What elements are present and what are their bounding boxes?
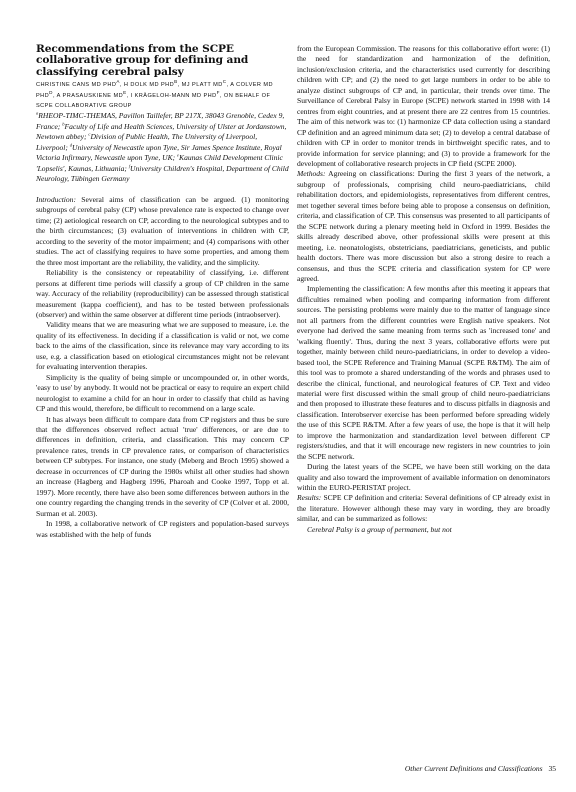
paragraph-implementing: Implementing the classification: A few m… xyxy=(297,284,550,462)
author: , MJ Platt MD xyxy=(178,82,223,88)
left-column: Recommendations from the SCPE collaborat… xyxy=(36,44,289,540)
right-column: from the European Commission. The reason… xyxy=(297,44,550,535)
page-footer: Other Current Definitions and Classifica… xyxy=(376,764,556,773)
author: , I Krägeloh-Mann MD PhD xyxy=(127,93,217,99)
running-title: Other Current Definitions and Classifica… xyxy=(405,764,543,773)
author-list: Christine Cans MD PhDa, H Dolk MD PhDb, … xyxy=(36,80,289,111)
page-number: 35 xyxy=(549,764,557,773)
paragraph-simplicity: Simplicity is the quality of being simpl… xyxy=(36,373,289,415)
author: Christine Cans MD PhD xyxy=(36,82,116,88)
paragraph-latest-years: During the latest years of the SCPE, we … xyxy=(297,462,550,493)
section-lead: Introduction: xyxy=(36,195,76,204)
paragraph-definition: Cerebral Palsy is a group of permanent, … xyxy=(297,525,550,535)
paragraph-continued: from the European Commission. The reason… xyxy=(297,44,550,169)
paragraph-comparison: It has always been difficult to compare … xyxy=(36,415,289,520)
article-title: Recommendations from the SCPE collaborat… xyxy=(36,44,289,78)
paragraph-network: In 1998, a collaborative network of CP r… xyxy=(36,519,289,540)
section-lead: Results: xyxy=(297,493,321,502)
author: , H Dolk MD PhD xyxy=(120,82,174,88)
paragraph-introduction: Introduction: Several aims of classifica… xyxy=(36,195,289,268)
section-lead: Methods: xyxy=(297,169,326,178)
document-page: Recommendations from the SCPE collaborat… xyxy=(0,0,576,792)
affiliations: aRHEOP-TIMC-THEMAS, Pavillon Taillefer, … xyxy=(36,111,289,184)
paragraph-reliability: Reliability is the consistency or repeat… xyxy=(36,268,289,320)
paragraph-results: Results: SCPE CP definition and criteria… xyxy=(297,493,550,524)
author: , A Prasauskiene MD xyxy=(53,93,123,99)
paragraph-methods: Methods: Agreeing on classifications: Du… xyxy=(297,169,550,284)
paragraph-validity: Validity means that we are measuring wha… xyxy=(36,320,289,372)
